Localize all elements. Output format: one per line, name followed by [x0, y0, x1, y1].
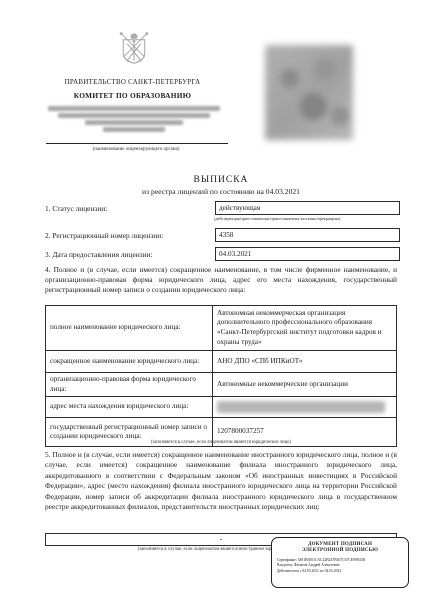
- legal-entity-table: полное наименование юридического лица: А…: [45, 305, 397, 447]
- table-row: адрес места нахождения юридического лица…: [46, 397, 397, 418]
- org-underline: [46, 143, 228, 144]
- license-status-note: (действующая/приостановлена/приостановле…: [214, 216, 400, 221]
- section5-text: 5. Полное и (в случае, если имеется) сок…: [45, 450, 397, 512]
- license-date-value: 04.03.2021: [215, 247, 400, 261]
- full-name-label: полное наименование юридического лица:: [46, 306, 213, 351]
- registration-number-value: 4358: [215, 228, 400, 242]
- address-label: адрес места нахождения юридического лица…: [46, 397, 213, 418]
- table-row: полное наименование юридического лица: А…: [46, 306, 397, 351]
- redacted-address-line: [48, 106, 220, 111]
- license-date-label: 3. Дата предоставления лицензии:: [45, 250, 153, 259]
- committee-title: КОМИТЕТ ПО ОБРАЗОВАНИЮ: [15, 91, 250, 100]
- registration-number-label: 2. Регистрационный номер лицензии:: [45, 231, 163, 240]
- license-status-label: 1. Статус лицензии:: [45, 204, 107, 213]
- government-title: ПРАВИТЕЛЬСТВО САНКТ-ПЕТЕРБУРГА: [15, 79, 250, 86]
- page-subtitle: из реестра лицензий по состоянию на 04.0…: [45, 187, 397, 196]
- legal-form-value: Автономные некоммерческие организации: [213, 373, 397, 397]
- redacted-address-line: [58, 113, 210, 118]
- table-row: организационно-правовая форма юридическо…: [46, 373, 397, 397]
- electronic-signature-stamp: ДОКУМЕНТ ПОДПИСАН ЭЛЕКТРОННОЙ ПОДПИСЬЮ С…: [271, 537, 409, 588]
- spb-coat-of-arms-icon: [111, 29, 157, 71]
- document-page: ПРАВИТЕЛЬСТВО САНКТ-ПЕТЕРБУРГА КОМИТЕТ П…: [0, 0, 422, 597]
- short-name-label: сокращенное наименование юридического ли…: [46, 351, 213, 373]
- license-status-value: действующая: [215, 201, 400, 215]
- redacted-address-line: [85, 120, 183, 125]
- table-row: сокращенное наименование юридического ли…: [46, 351, 397, 373]
- page-title: ВЫПИСКА: [45, 175, 397, 185]
- full-name-value: Автономная некоммерческая организация до…: [213, 306, 397, 351]
- address-value-redacted: [213, 397, 397, 418]
- section4-caption: (заполняется в случае, если лицензиатом …: [45, 440, 397, 445]
- short-name-value: АНО ДПО «СПб ИПКиОТ»: [213, 351, 397, 373]
- org-caption: (наименование лицензирующего органа): [36, 147, 236, 152]
- signature-validity: Действителен с 04.03.2021 по 04.03.2022: [277, 569, 403, 574]
- legal-form-label: организационно-правовая форма юридическо…: [46, 373, 213, 397]
- section4-text: 4. Полное и (в случае, если имеется) сок…: [45, 265, 397, 295]
- signature-title-line2: ЭЛЕКТРОННОЙ ПОДПИСЬЮ: [277, 548, 403, 554]
- redacted-stamp: [265, 45, 353, 140]
- redacted-address-value: [217, 401, 385, 413]
- redacted-address-line: [103, 127, 165, 132]
